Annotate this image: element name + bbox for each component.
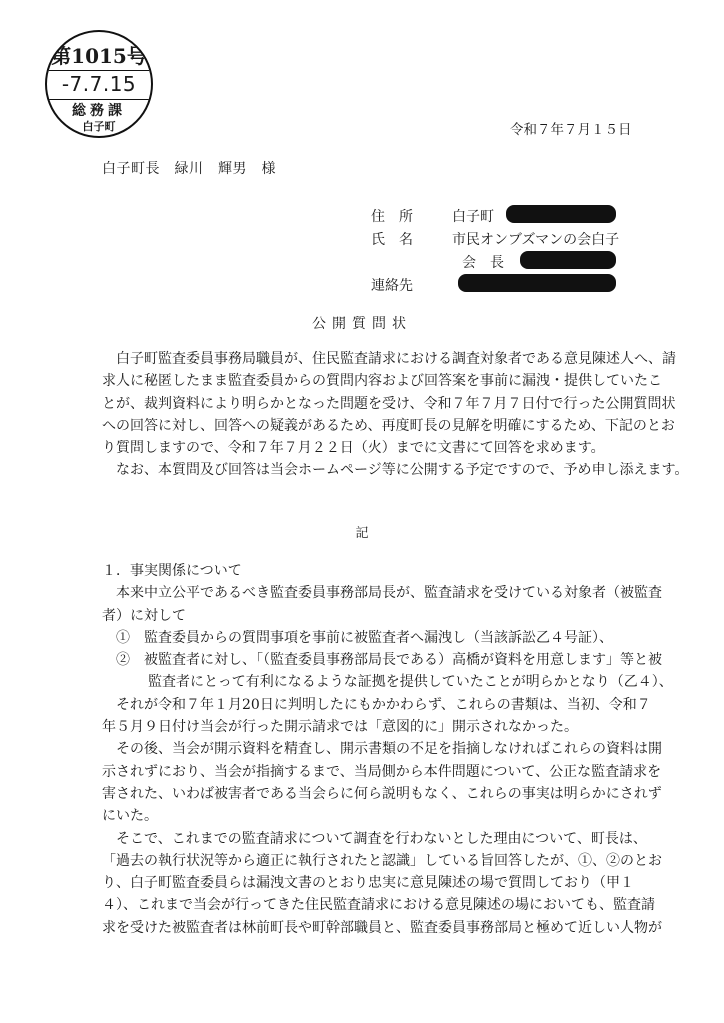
section-heading: １．事実関係について xyxy=(102,560,662,582)
intro-line: への回答に対し、回答への疑義があるため、再度町長の見解を明確にするため、下記のと… xyxy=(102,415,662,437)
redaction-contact xyxy=(458,274,616,292)
section-line: 者）に対して xyxy=(102,605,662,627)
redaction-address xyxy=(506,205,616,223)
intro-line: り質問しますので、令和７年７月２２日（火）までに文書にて回答を求めます。 xyxy=(102,437,662,459)
stamp-town: 白子町 xyxy=(47,118,151,134)
intro-line: 白子町監査委員事務局職員が、住民監査請求における調査対象者である意見陳述人へ、請 xyxy=(102,348,662,370)
section-line: 示されずにおり、当会が指摘するまで、当局側から本件問題について、公正な監査請求を xyxy=(102,761,662,783)
section-line: り、白子町監査委員らは漏洩文書のとおり忠実に意見陳述の場で質問しており（甲１ xyxy=(102,872,662,894)
document-date: 令和７年７月１５日 xyxy=(510,118,632,138)
intro-line: なお、本質問及び回答は当会ホームページ等に公開する予定ですので、予め申し添えます… xyxy=(102,459,662,481)
name-value: 市民オンブズマンの会白子 xyxy=(452,229,619,249)
list-item-2-continued: 監査者にとって有利になるような証拠を提供していたことが明らかとなり（乙４）、 xyxy=(102,671,662,693)
intro-line: とが、裁判資料により明らかとなった問題を受け、令和７年７月７日付で行った公開質問… xyxy=(102,393,662,415)
section-line: にいた。 xyxy=(102,805,662,827)
recipient: 白子町長 緑川 輝男 様 xyxy=(102,158,276,178)
section-line: 「過去の執行状況等から適正に執行されたと認識」している旨回答したが、①、②のとお xyxy=(102,850,662,872)
list-item-2: ② 被監査者に対し、「（監査委員事務部局長である）高橋が資料を用意します」等と被 xyxy=(102,649,662,671)
section-line: ４）、これまで当会が行ってきた住民監査請求における意見陳述の場においても、監査請 xyxy=(102,894,662,916)
section-line: それが令和７年１月20日に判明したにもかかわらず、これらの書類は、当初、令和７ xyxy=(102,694,662,716)
section-line: 年５月９日付け当会が行った開示請求では「意図的に」開示されなかった。 xyxy=(102,716,662,738)
section-line: 害された、いわば被害者である当会らに何ら説明もなく、これらの事実は明らかにされず xyxy=(102,783,662,805)
name-label: 氏 名 xyxy=(371,229,413,249)
address-label: 住 所 xyxy=(371,206,413,226)
list-item-1: ① 監査委員からの質問事項を事前に被監査者へ漏洩し（当該訴訟乙４号証）、 xyxy=(102,627,662,649)
intro-paragraph: 白子町監査委員事務局職員が、住民監査請求における調査対象者である意見陳述人へ、請… xyxy=(102,348,662,482)
ki-heading: 記 xyxy=(0,522,724,541)
redaction-representative xyxy=(520,251,616,269)
section-line: その後、当会が開示資料を精査し、開示書類の不足を指摘しなければこれらの資料は開 xyxy=(102,738,662,760)
address-value: 白子町 xyxy=(452,206,494,226)
stamp-department: 総務課 xyxy=(47,100,151,120)
role-label: 会 長 xyxy=(462,252,504,272)
section-line: 求を受けた被監査者は林前町長や町幹部職員と、監査委員事務部局と極めて近しい人物が xyxy=(102,917,662,939)
stamp-date: -7.7.15 xyxy=(47,72,151,96)
section-1: １．事実関係について 本来中立公平であるべき監査委員事務部局長が、監査請求を受け… xyxy=(102,560,662,939)
section-line: そこで、これまでの監査請求について調査を行わないとした理由について、町長は、 xyxy=(102,828,662,850)
stamp-number: 第1015号 xyxy=(47,40,151,69)
contact-label: 連絡先 xyxy=(371,275,413,295)
document-title: 公開質問状 xyxy=(0,313,724,333)
section-line: 本来中立公平であるべき監査委員事務部局長が、監査請求を受けている対象者（被監査 xyxy=(102,582,662,604)
intro-line: 求人に秘匿したまま監査委員からの質問内容および回答案を事前に漏洩・提供していたこ xyxy=(102,370,662,392)
reception-stamp: 第1015号 -7.7.15 総務課 白子町 xyxy=(45,30,153,138)
